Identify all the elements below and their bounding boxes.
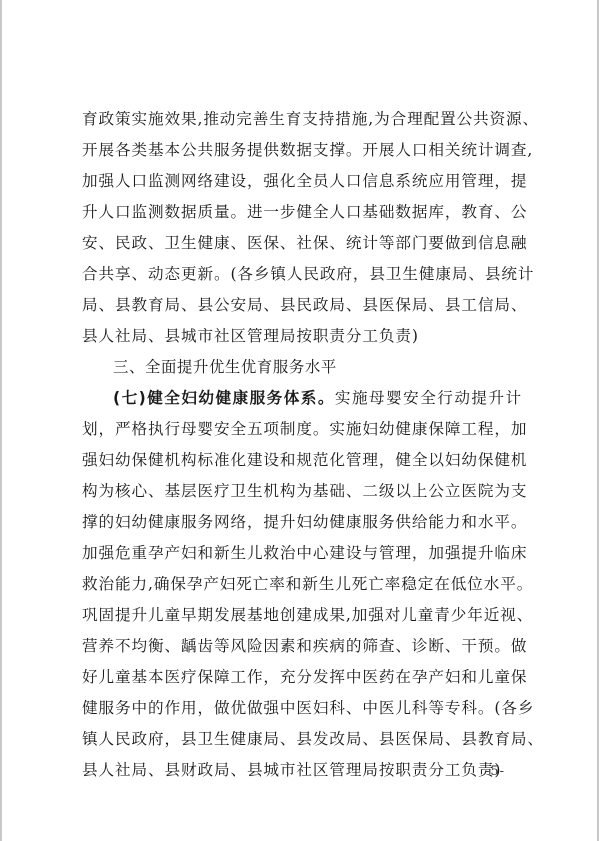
text-line: 营养不均衡、龋齿等风险因素和疾病的筛查、诊断、干预。做 bbox=[82, 631, 522, 662]
text-run: 实施母婴安全行动提升计 bbox=[335, 389, 522, 407]
text-line: 加强危重孕产妇和新生儿救治中心建设与管理，加强提升临床 bbox=[82, 538, 522, 569]
text-line: 升人口监测数据质量。进一步健全人口基础数据库，教育、公 bbox=[82, 197, 522, 228]
text-line: 巩固提升儿童早期发展基地创建成果,加强对儿童青少年近视、 bbox=[82, 600, 522, 631]
text-line: 划，严格执行母婴安全五项制度。实施妇幼健康保障工程，加 bbox=[82, 414, 522, 445]
text-line: 撑的妇幼健康服务网络，提升妇幼健康服务供给能力和水平。 bbox=[82, 507, 522, 538]
text-line: 好儿童基本医疗保障工作，充分发挥中医药在孕产妇和儿童保 bbox=[82, 662, 522, 693]
subsection-title: (七)健全妇幼健康服务体系。 bbox=[113, 389, 335, 407]
paragraph-population-monitoring: 育政策实施效果,推动完善生育支持措施,为合理配置公共资源、 开展各类基本公共服务… bbox=[82, 104, 522, 352]
paragraph-maternal-child-health: (七)健全妇幼健康服务体系。实施母婴安全行动提升计 划，严格执行母婴安全五项制度… bbox=[82, 383, 522, 786]
text-line: 健服务中的作用，做优做强中医妇科、中医儿科等专科。(各乡 bbox=[82, 693, 522, 724]
text-line: 救治能力,确保孕产妇死亡率和新生儿死亡率稳定在低位水平。 bbox=[82, 569, 522, 600]
text-line: 镇人民政府，县卫生健康局、县发改局、县医保局、县教育局、 bbox=[82, 724, 522, 755]
text-line: 开展各类基本公共服务提供数据支撑。开展人口相关统计调查, bbox=[82, 135, 522, 166]
page-edge-left bbox=[0, 0, 2, 841]
text-line: 合共享、动态更新。(各乡镇人民政府，县卫生健康局、县统计 bbox=[82, 259, 522, 290]
text-line: 县人社局、县财政局、县城市社区管理局按职责分工负责) bbox=[82, 755, 522, 786]
text-line: 加强人口监测网络建设，强化全员人口信息系统应用管理，提 bbox=[82, 166, 522, 197]
text-line: 构为核心、基层医疗卫生机构为基础、二级以上公立医院为支 bbox=[82, 476, 522, 507]
document-page: 育政策实施效果,推动完善生育支持措施,为合理配置公共资源、 开展各类基本公共服务… bbox=[82, 104, 522, 786]
text-line: 强妇幼保健机构标准化建设和规范化管理，健全以妇幼保健机 bbox=[82, 445, 522, 476]
text-line: 育政策实施效果,推动完善生育支持措施,为合理配置公共资源、 bbox=[82, 104, 522, 135]
text-line: 局、县教育局、县公安局、县民政局、县医保局、县工信局、 bbox=[82, 290, 522, 321]
text-line-first: (七)健全妇幼健康服务体系。实施母婴安全行动提升计 bbox=[82, 383, 522, 414]
section-heading: 三、全面提升优生优育服务水平 bbox=[82, 352, 522, 383]
text-line: 安、民政、卫生健康、医保、社保、统计等部门要做到信息融 bbox=[82, 228, 522, 259]
text-line: 县人社局、县城市社区管理局按职责分工负责) bbox=[82, 321, 522, 352]
page-number: -5- bbox=[485, 764, 505, 779]
